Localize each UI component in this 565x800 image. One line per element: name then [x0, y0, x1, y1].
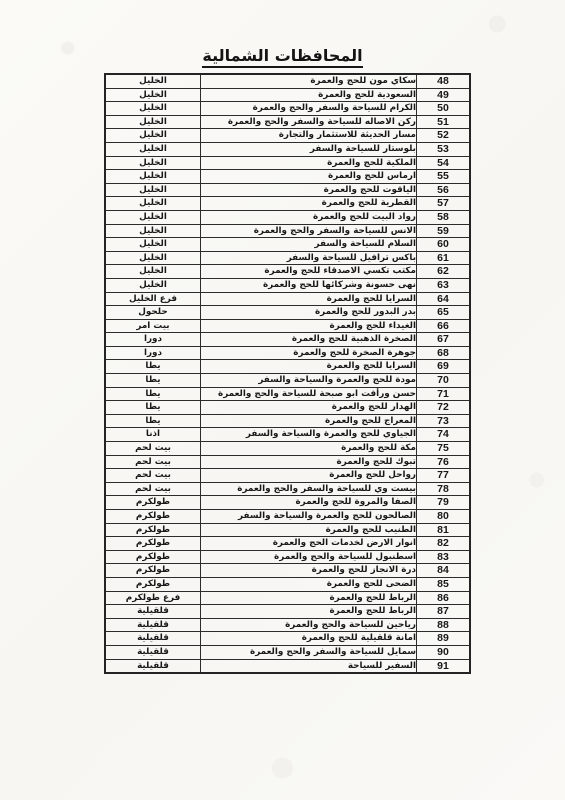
table-row: 55 ارماس للحج والعمرة الخليل [105, 170, 470, 184]
table-row: 66 الغيداء للحج والعمرة بيت امر [105, 319, 470, 333]
agency-name-cell: باكس ترافيل للسياحة والسفر [201, 251, 417, 265]
agency-name-cell: رواد البيت للحج والعمرة [201, 210, 417, 224]
agencies-table: 48 سكاي مون للحج والعمرة الخليل 49 السعو… [104, 73, 471, 674]
city-cell: الخليل [105, 115, 201, 129]
table-row: 65 بدر البدور للحج والعمرة حلحول [105, 306, 470, 320]
row-number-cell: 77 [417, 469, 471, 483]
agency-name-cell: الانس للسياحة والسفر والحج والعمرة [201, 224, 417, 238]
agency-name-cell: الرباط للحج والعمرة [201, 591, 417, 605]
city-cell: قلقيلية [105, 605, 201, 619]
table-row: 90 سمايل للسياحة والسفر والحج والعمرة قل… [105, 645, 470, 659]
table-row: 74 الجياوي للحج والعمرة والسياحة والسفر … [105, 428, 470, 442]
city-cell: فرع الخليل [105, 292, 201, 306]
city-cell: طولكرم [105, 523, 201, 537]
city-cell: الخليل [105, 197, 201, 211]
city-cell: بيت لحم [105, 455, 201, 469]
row-number-cell: 52 [417, 129, 471, 143]
agency-name-cell: الصفا والمروة للحج والعمرة [201, 496, 417, 510]
agency-name-cell: السرايا للحج والعمرة [201, 360, 417, 374]
agency-name-cell: المعراج للحج والعمرة [201, 414, 417, 428]
table-row: 83 اسطنبول للسياحة والحج والعمرة طولكرم [105, 550, 470, 564]
row-number-cell: 59 [417, 224, 471, 238]
row-number-cell: 57 [417, 197, 471, 211]
agency-name-cell: سكاي مون للحج والعمرة [201, 74, 417, 88]
city-cell: طولكرم [105, 537, 201, 551]
city-cell: دورا [105, 333, 201, 347]
row-number-cell: 82 [417, 537, 471, 551]
row-number-cell: 55 [417, 170, 471, 184]
agency-name-cell: الهدار للحج والعمرة [201, 401, 417, 415]
row-number-cell: 51 [417, 115, 471, 129]
city-cell: قلقيلية [105, 632, 201, 646]
agency-name-cell: السرايا للحج والعمرة [201, 292, 417, 306]
city-cell: الخليل [105, 88, 201, 102]
agency-name-cell: مودة للحج والعمرة والسياحة والسفر [201, 374, 417, 388]
row-number-cell: 91 [417, 659, 471, 673]
table-row: 87 الرباط للحج والعمرة قلقيلية [105, 605, 470, 619]
row-number-cell: 60 [417, 238, 471, 252]
table-row: 54 الملكية للحج والعمرة الخليل [105, 156, 470, 170]
city-cell: طولكرم [105, 496, 201, 510]
row-number-cell: 84 [417, 564, 471, 578]
table-row: 85 الضحى للحج والعمرة طولكرم [105, 577, 470, 591]
agency-name-cell: الصخرة الذهبية للحج والعمرة [201, 333, 417, 347]
row-number-cell: 76 [417, 455, 471, 469]
table-row: 71 حسن ورأفت ابو صبحة للسياحة والحج والع… [105, 387, 470, 401]
table-row: 86 الرباط للحج والعمرة فرع طولكرم [105, 591, 470, 605]
agency-name-cell: رياحين للسياحة والحج والعمرة [201, 618, 417, 632]
city-cell: حلحول [105, 306, 201, 320]
agency-name-cell: درة الانجاز للحج والعمرة [201, 564, 417, 578]
table-row: 68 جوهرة الصخرة للحج والعمرة دورا [105, 346, 470, 360]
row-number-cell: 85 [417, 577, 471, 591]
table-row: 76 تبوك للحج والعمرة بيت لحم [105, 455, 470, 469]
table-row: 62 مكتب تكسي الاصدقاء للحج والعمرة الخلي… [105, 265, 470, 279]
table-row: 75 مكة للحج والعمرة بيت لحم [105, 442, 470, 456]
city-cell: فرع طولكرم [105, 591, 201, 605]
row-number-cell: 50 [417, 102, 471, 116]
row-number-cell: 89 [417, 632, 471, 646]
row-number-cell: 48 [417, 74, 471, 88]
agency-name-cell: السعودية للحج والعمرة [201, 88, 417, 102]
agency-name-cell: ركن الاصاله للسياحة والسفر والحج والعمرة [201, 115, 417, 129]
table-row: 82 انوار الارض لخدمات الحج والعمرة طولكر… [105, 537, 470, 551]
table-row: 84 درة الانجاز للحج والعمرة طولكرم [105, 564, 470, 578]
row-number-cell: 78 [417, 482, 471, 496]
city-cell: الخليل [105, 238, 201, 252]
city-cell: يطا [105, 360, 201, 374]
city-cell: الخليل [105, 265, 201, 279]
page-title: المحافظات الشمالية [0, 46, 565, 65]
row-number-cell: 70 [417, 374, 471, 388]
agency-name-cell: مكة للحج والعمرة [201, 442, 417, 456]
table-row: 59 الانس للسياحة والسفر والحج والعمرة ال… [105, 224, 470, 238]
table-row: 91 السفير للسياحة قلقيلية [105, 659, 470, 673]
row-number-cell: 62 [417, 265, 471, 279]
table-row: 88 رياحين للسياحة والحج والعمرة قلقيلية [105, 618, 470, 632]
row-number-cell: 58 [417, 210, 471, 224]
agency-name-cell: سمايل للسياحة والسفر والحج والعمرة [201, 645, 417, 659]
agencies-table-body: 48 سكاي مون للحج والعمرة الخليل 49 السعو… [105, 74, 470, 673]
row-number-cell: 56 [417, 183, 471, 197]
city-cell: اذنا [105, 428, 201, 442]
agency-name-cell: القطرية للحج والعمرة [201, 197, 417, 211]
row-number-cell: 67 [417, 333, 471, 347]
agency-name-cell: اسطنبول للسياحة والحج والعمرة [201, 550, 417, 564]
city-cell: يطا [105, 374, 201, 388]
city-cell: قلقيلية [105, 645, 201, 659]
table-row: 57 القطرية للحج والعمرة الخليل [105, 197, 470, 211]
table-row: 58 رواد البيت للحج والعمرة الخليل [105, 210, 470, 224]
city-cell: يطا [105, 401, 201, 415]
agency-name-cell: بلوستار للسياحة والسفر [201, 142, 417, 156]
row-number-cell: 72 [417, 401, 471, 415]
city-cell: الخليل [105, 210, 201, 224]
city-cell: الخليل [105, 251, 201, 265]
agency-name-cell: امانة قلقيلية للحج والعمرة [201, 632, 417, 646]
agency-name-cell: الملكية للحج والعمرة [201, 156, 417, 170]
row-number-cell: 49 [417, 88, 471, 102]
city-cell: طولكرم [105, 550, 201, 564]
table-row: 48 سكاي مون للحج والعمرة الخليل [105, 74, 470, 88]
table-row: 69 السرايا للحج والعمرة يطا [105, 360, 470, 374]
city-cell: دورا [105, 346, 201, 360]
table-row: 60 السلام للسياحة والسفر الخليل [105, 238, 470, 252]
table-row: 73 المعراج للحج والعمرة يطا [105, 414, 470, 428]
row-number-cell: 83 [417, 550, 471, 564]
table-row: 50 الكرام للسياحة والسفر والحج والعمرة ا… [105, 102, 470, 116]
row-number-cell: 73 [417, 414, 471, 428]
city-cell: الخليل [105, 74, 201, 88]
agency-name-cell: الضحى للحج والعمرة [201, 577, 417, 591]
table-row: 70 مودة للحج والعمرة والسياحة والسفر يطا [105, 374, 470, 388]
city-cell: الخليل [105, 170, 201, 184]
table-row: 52 مسار الحديثة للاستثمار والتجارة الخلي… [105, 129, 470, 143]
agency-name-cell: الجياوي للحج والعمرة والسياحة والسفر [201, 428, 417, 442]
city-cell: الخليل [105, 142, 201, 156]
agency-name-cell: تبوك للحج والعمرة [201, 455, 417, 469]
city-cell: يطا [105, 387, 201, 401]
agency-name-cell: مكتب تكسي الاصدقاء للحج والعمرة [201, 265, 417, 279]
city-cell: يطا [105, 414, 201, 428]
table-row: 61 باكس ترافيل للسياحة والسفر الخليل [105, 251, 470, 265]
agency-name-cell: بيست وي للسياحة والسفر والحج والعمرة [201, 482, 417, 496]
agency-name-cell: الغيداء للحج والعمرة [201, 319, 417, 333]
table-row: 72 الهدار للحج والعمرة يطا [105, 401, 470, 415]
row-number-cell: 63 [417, 278, 471, 292]
city-cell: الخليل [105, 129, 201, 143]
agency-name-cell: الطنيب للحج والعمرة [201, 523, 417, 537]
row-number-cell: 65 [417, 306, 471, 320]
city-cell: طولكرم [105, 510, 201, 524]
page-title-text: المحافظات الشمالية [202, 46, 362, 68]
city-cell: قلقيلية [105, 659, 201, 673]
city-cell: الخليل [105, 102, 201, 116]
row-number-cell: 66 [417, 319, 471, 333]
table-row: 77 رواحل للحج والعمرة بيت لحم [105, 469, 470, 483]
row-number-cell: 53 [417, 142, 471, 156]
city-cell: الخليل [105, 224, 201, 238]
city-cell: بيت امر [105, 319, 201, 333]
agency-name-cell: بدر البدور للحج والعمرة [201, 306, 417, 320]
city-cell: طولكرم [105, 577, 201, 591]
row-number-cell: 69 [417, 360, 471, 374]
table-row: 63 نهى حسونة وشركائها للحج والعمرة الخلي… [105, 278, 470, 292]
agency-name-cell: السفير للسياحة [201, 659, 417, 673]
row-number-cell: 86 [417, 591, 471, 605]
city-cell: بيت لحم [105, 482, 201, 496]
table-row: 56 الياقوت للحج والعمرة الخليل [105, 183, 470, 197]
table-row: 49 السعودية للحج والعمرة الخليل [105, 88, 470, 102]
table-row: 89 امانة قلقيلية للحج والعمرة قلقيلية [105, 632, 470, 646]
table-row: 81 الطنيب للحج والعمرة طولكرم [105, 523, 470, 537]
agency-name-cell: حسن ورأفت ابو صبحة للسياحة والحج والعمرة [201, 387, 417, 401]
agency-name-cell: انوار الارض لخدمات الحج والعمرة [201, 537, 417, 551]
row-number-cell: 71 [417, 387, 471, 401]
table-row: 80 الصالحون للحج والعمرة والسياحة والسفر… [105, 510, 470, 524]
city-cell: الخليل [105, 183, 201, 197]
agency-name-cell: الياقوت للحج والعمرة [201, 183, 417, 197]
table-row: 64 السرايا للحج والعمرة فرع الخليل [105, 292, 470, 306]
city-cell: الخليل [105, 156, 201, 170]
agency-name-cell: نهى حسونة وشركائها للحج والعمرة [201, 278, 417, 292]
row-number-cell: 68 [417, 346, 471, 360]
agency-name-cell: مسار الحديثة للاستثمار والتجارة [201, 129, 417, 143]
table-row: 79 الصفا والمروة للحج والعمرة طولكرم [105, 496, 470, 510]
table-row: 51 ركن الاصاله للسياحة والسفر والحج والع… [105, 115, 470, 129]
city-cell: قلقيلية [105, 618, 201, 632]
city-cell: بيت لحم [105, 469, 201, 483]
row-number-cell: 87 [417, 605, 471, 619]
row-number-cell: 74 [417, 428, 471, 442]
row-number-cell: 79 [417, 496, 471, 510]
table-row: 78 بيست وي للسياحة والسفر والحج والعمرة … [105, 482, 470, 496]
city-cell: طولكرم [105, 564, 201, 578]
agency-name-cell: ارماس للحج والعمرة [201, 170, 417, 184]
scanned-document-page: المحافظات الشمالية 48 سكاي مون للحج والع… [0, 0, 565, 800]
city-cell: بيت لحم [105, 442, 201, 456]
agency-name-cell: رواحل للحج والعمرة [201, 469, 417, 483]
row-number-cell: 81 [417, 523, 471, 537]
agency-name-cell: جوهرة الصخرة للحج والعمرة [201, 346, 417, 360]
agency-name-cell: الكرام للسياحة والسفر والحج والعمرة [201, 102, 417, 116]
row-number-cell: 90 [417, 645, 471, 659]
agency-name-cell: السلام للسياحة والسفر [201, 238, 417, 252]
city-cell: الخليل [105, 278, 201, 292]
row-number-cell: 80 [417, 510, 471, 524]
table-row: 67 الصخرة الذهبية للحج والعمرة دورا [105, 333, 470, 347]
row-number-cell: 61 [417, 251, 471, 265]
row-number-cell: 54 [417, 156, 471, 170]
row-number-cell: 88 [417, 618, 471, 632]
row-number-cell: 75 [417, 442, 471, 456]
agency-name-cell: الصالحون للحج والعمرة والسياحة والسفر [201, 510, 417, 524]
table-row: 53 بلوستار للسياحة والسفر الخليل [105, 142, 470, 156]
agency-name-cell: الرباط للحج والعمرة [201, 605, 417, 619]
row-number-cell: 64 [417, 292, 471, 306]
